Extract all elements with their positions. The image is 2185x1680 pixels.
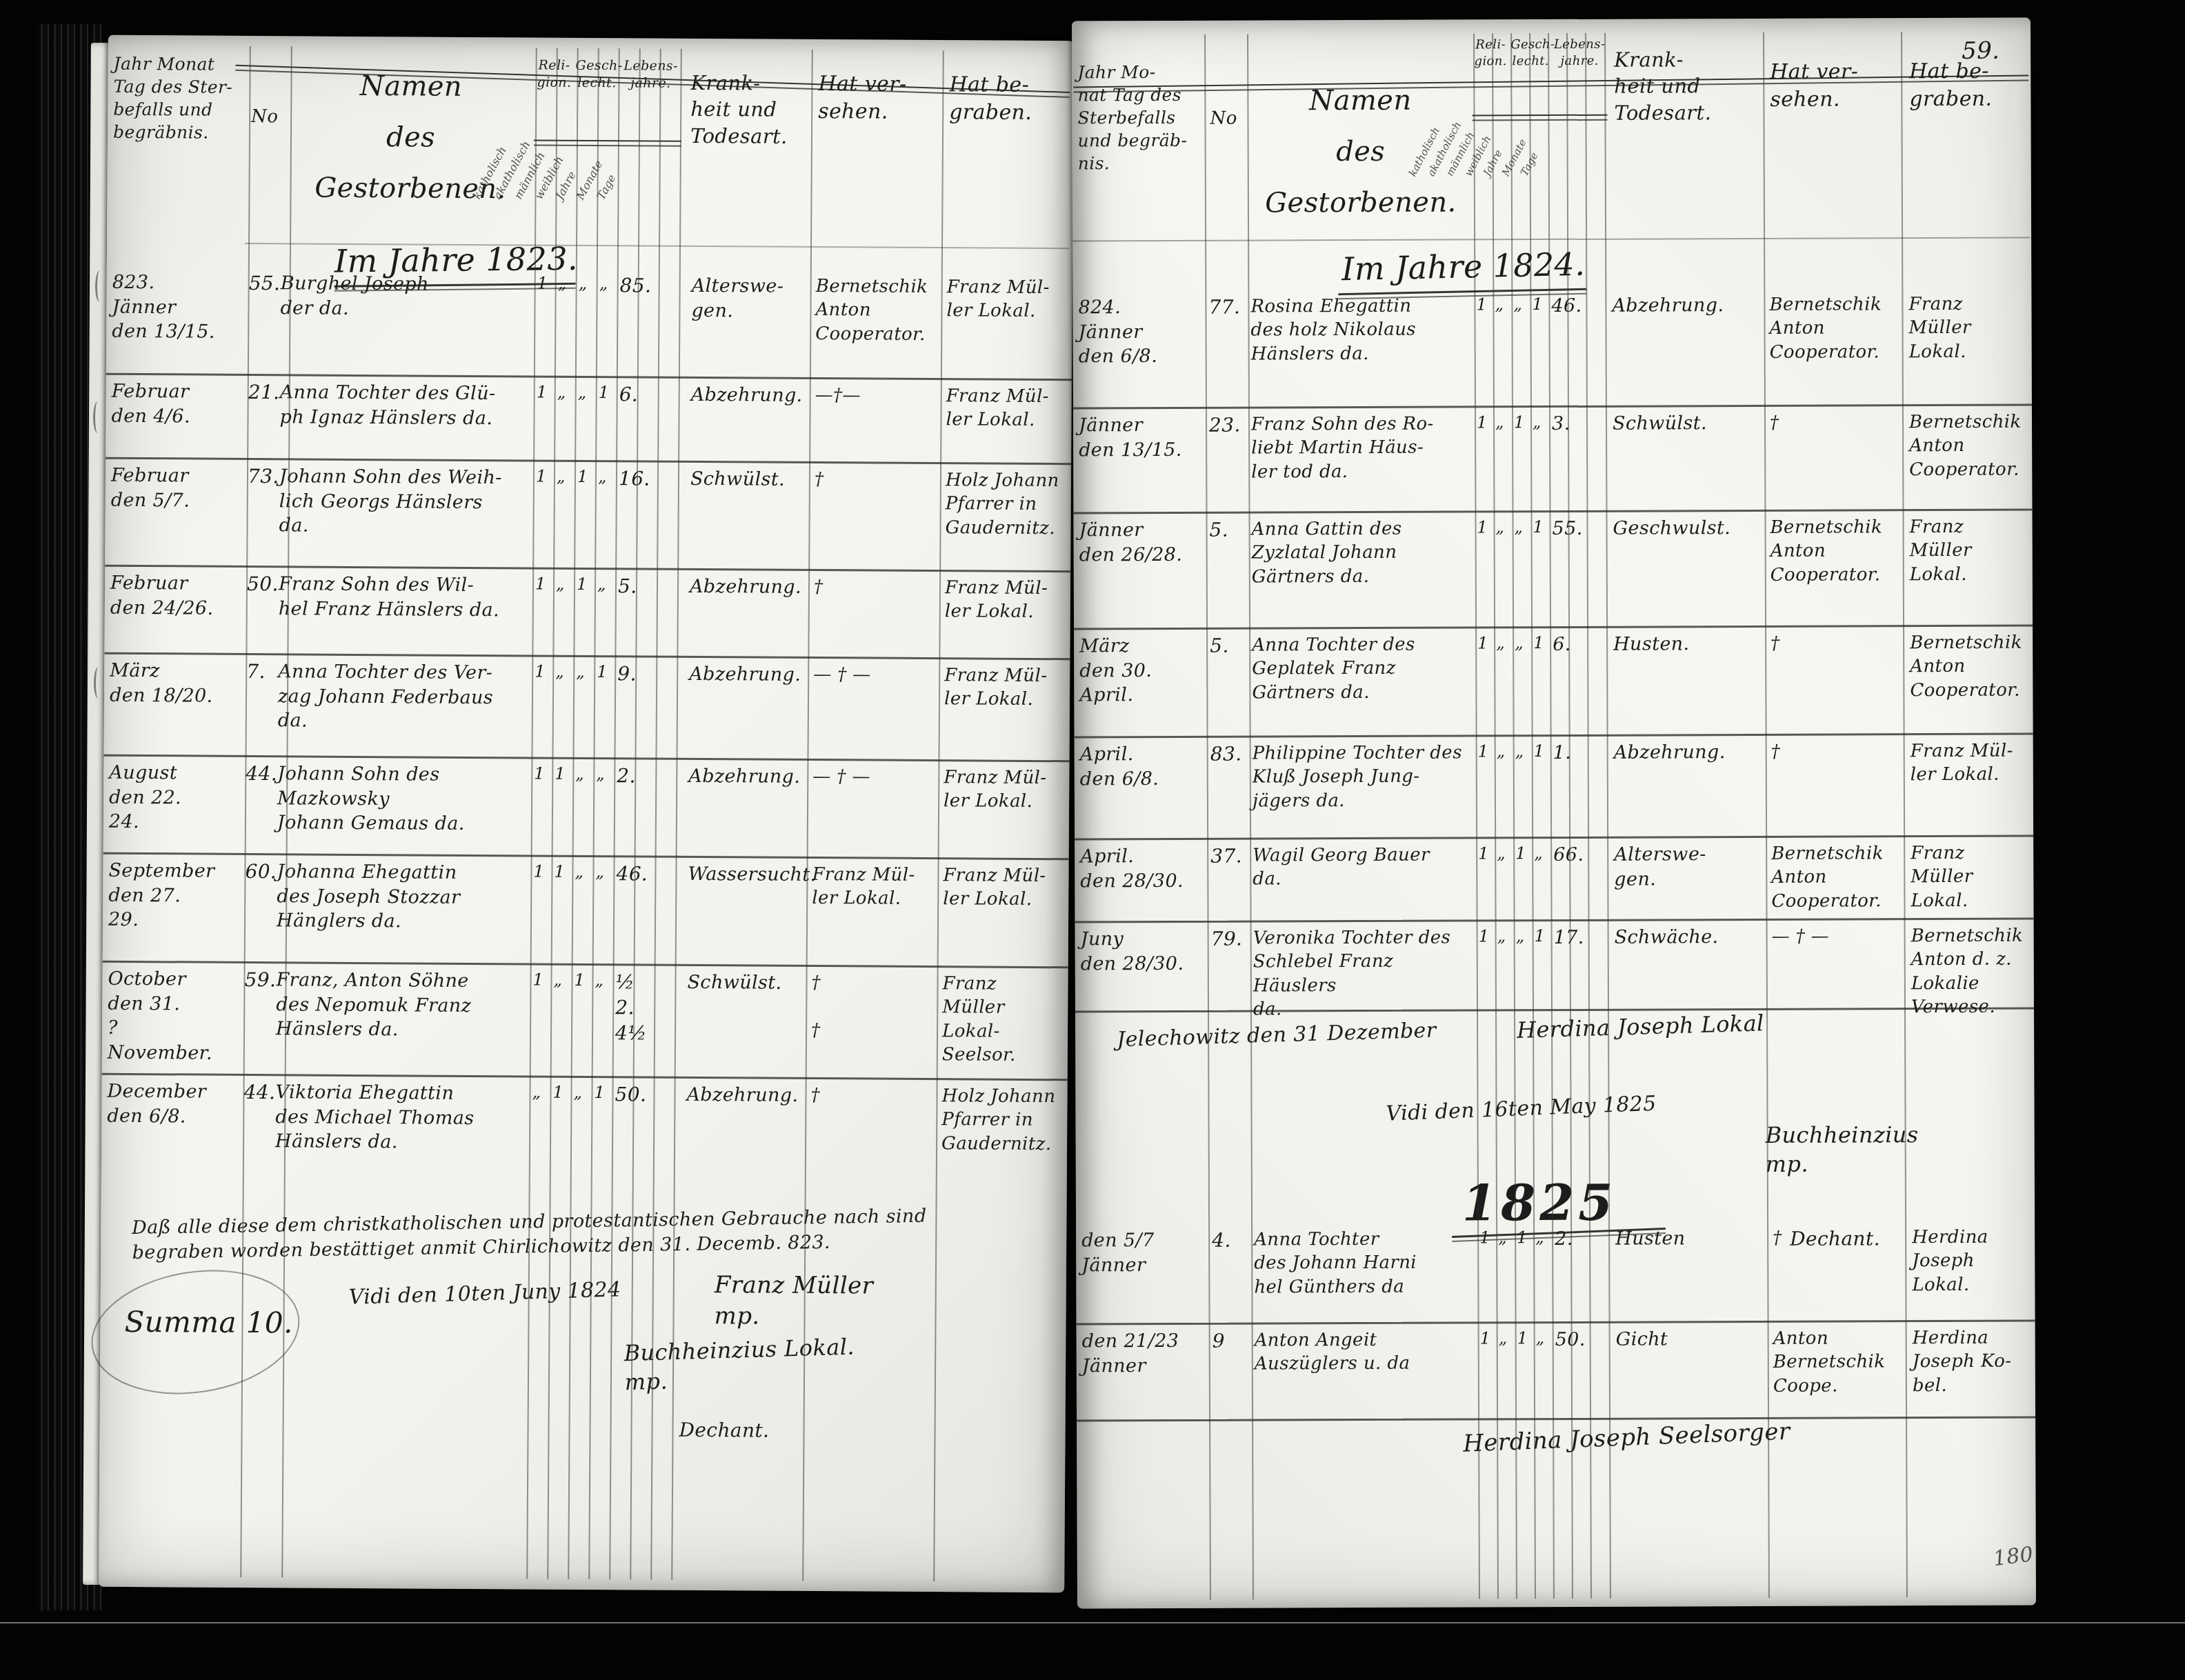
row-number: 5. (1210, 518, 1247, 543)
row-religion-mark: 1 (537, 273, 548, 295)
column-header-age: Lebens- jahre. (619, 57, 681, 92)
row-cause-of-death: Abzehrung. (690, 574, 814, 600)
row-cause-of-death: Abzehrung. (688, 764, 812, 790)
row-cause-of-death: Geschwulst. (1613, 516, 1759, 541)
row-cause-of-death: Schwülst. (690, 467, 815, 492)
column-header-date: Jahr Mo- nat Tag des Sterbefalls und beg… (1077, 61, 1206, 175)
row-age: 6. (619, 382, 677, 408)
row-ditto-mark: „ (579, 273, 588, 295)
row-ditto-mark: 1 (574, 970, 585, 992)
row-religion-mark: 1 (534, 763, 545, 786)
row-name: Franz Sohn des Ro- liebt Martin Häus- le… (1251, 412, 1470, 483)
row-buried-by: Franz Müller Lokal. (1909, 515, 2028, 587)
register-row: Februar den 4/6.21.Anna Tochter des Glü-… (106, 373, 1072, 466)
row-age: 5. (618, 574, 676, 599)
row-date: Juny den 28/30. (1081, 927, 1204, 977)
burial-attestation-note: Jelechowitz den 31 Dezember (1117, 1017, 1437, 1054)
vidi-note: Vidi den 10ten Juny 1824 (348, 1276, 621, 1311)
row-buried-by: Franz Mül- ler Lokal. (945, 576, 1066, 624)
row-religion-mark: 1 (533, 861, 544, 883)
row-name: Anton Angeit Auszüglers u. da (1255, 1328, 1474, 1376)
row-age: 55. (1552, 517, 1604, 541)
row-number: 83. (1210, 742, 1248, 768)
row-age: 1. (1553, 741, 1606, 766)
page-edge-marks (95, 270, 104, 302)
register-row: März den 30. April.5.Anna Tochter des Ge… (1074, 625, 2033, 739)
row-date: 823. Jänner den 13/15. (112, 270, 243, 345)
row-buried-by: Herdina Joseph Lokal. (1912, 1226, 2031, 1297)
row-ditto-mark: 1 (1514, 412, 1525, 434)
row-age: 2. (1555, 1227, 1607, 1252)
row-date: April. den 28/30. (1080, 844, 1203, 894)
row-religion-mark: 1 (1476, 294, 1487, 316)
row-age: 6. (1553, 632, 1605, 657)
column-header-number: No (1210, 107, 1237, 130)
row-buried-by: Holz Johann Pfarrer in Gaudernitz. (941, 1084, 1063, 1156)
row-last-rites: Anton Bernetschik Coope. (1773, 1326, 1901, 1398)
row-religion-mark: 1 (1478, 843, 1489, 865)
row-ditto-mark: „ (1497, 843, 1506, 865)
row-ditto-mark: 1 (555, 763, 566, 786)
row-sex-mark: „ (595, 861, 604, 883)
row-buried-by: Franz Mül- ler Lokal. (944, 663, 1065, 712)
column-header-buried: Hat be- graben. (1909, 58, 2031, 113)
row-sex-mark: 1 (1534, 741, 1545, 763)
row-name: Wagil Georg Bauer da. (1253, 843, 1472, 891)
column-header-last-rites: Hat ver- sehen. (1770, 58, 1894, 113)
row-ditto-mark: „ (556, 574, 565, 596)
row-date: Februar den 24/26. (110, 571, 241, 621)
row-last-rites: Franz Mül- ler Lokal. (812, 863, 932, 911)
register-row: April. den 28/30.37.Wagil Georg Bauer da… (1075, 835, 2033, 923)
row-last-rites: † † (811, 971, 932, 1043)
row-cause-of-death: Gicht (1616, 1327, 1762, 1352)
row-ditto-mark: „ (575, 763, 584, 786)
register-rows-1825: den 5/7 Jänner4.Anna Tochter des Johann … (1072, 18, 2031, 21)
row-name: Johanna Ehegattin des Joseph Stozzar Hän… (277, 859, 536, 934)
left-page: Jahr Monat Tag des Ster- befalls und beg… (99, 35, 1074, 1593)
row-name: Rosina Ehegattin des holz Nikolaus Hänsl… (1250, 294, 1470, 366)
register-row: 824. Jänner den 6/8.77.Rosina Ehegattin … (1072, 288, 2032, 408)
register-row: Februar den 24/26.50.Franz Sohn des Wil-… (104, 565, 1070, 661)
row-religion-mark: 1 (1477, 412, 1488, 434)
register-rows-1823: 823. Jänner den 13/15.55.Burghel Joseph … (108, 35, 1074, 41)
row-cause-of-death: Wassersucht. (688, 862, 812, 888)
row-age: ½ 2. 4½ (615, 970, 674, 1046)
column-header-date: Jahr Monat Tag des Ster- befalls und beg… (113, 52, 248, 144)
register-row: October den 31. ? November.59.Franz, Ant… (102, 961, 1068, 1081)
row-date: September den 27. 29. (108, 859, 240, 933)
row-date: den 5/7 Jänner (1081, 1228, 1204, 1278)
row-cause-of-death: Abzehrung. (1614, 740, 1760, 765)
row-ditto-mark: „ (555, 661, 564, 683)
row-name: Anna Tochter des Geplatek Franz Gärtners… (1252, 632, 1471, 704)
row-age: 85. (620, 273, 678, 299)
signature-pastor: Franz Müller mp. (714, 1270, 873, 1332)
row-ditto-mark: „ (1495, 412, 1504, 434)
row-sex-mark: „ (598, 466, 607, 488)
row-religion-mark: 1 (536, 466, 547, 488)
row-sex-mark: „ (1536, 1328, 1545, 1350)
row-ditto-mark: „ (558, 273, 567, 295)
column-header-buried: Hat be- graben. (949, 71, 1070, 126)
row-age: 3. (1552, 412, 1604, 437)
row-sex-mark: „ (1535, 1227, 1544, 1249)
row-ditto-mark: „ (1514, 517, 1523, 539)
column-header-illness: Krank- heit und Todesart. (690, 70, 815, 150)
row-ditto-mark: „ (1515, 741, 1524, 763)
row-ditto-mark: „ (1495, 294, 1504, 316)
register-row: Juny den 28/30.79.Veronika Tochter des S… (1075, 918, 2034, 1013)
row-buried-by: Franz Mül- ler Lokal. (946, 275, 1067, 323)
row-date: Februar den 5/7. (111, 463, 242, 513)
row-religion-mark: „ (532, 1082, 541, 1104)
row-date: December den 6/8. (107, 1079, 238, 1129)
row-date: Jänner den 13/15. (1079, 413, 1201, 463)
register-row: 823. Jänner den 13/15.55.Burghel Joseph … (106, 266, 1072, 379)
row-sex-mark: 1 (594, 1082, 605, 1104)
row-cause-of-death: Alterswe- gen. (691, 274, 815, 323)
row-name: Johann Sohn des Weih- lich Georgs Hänsle… (279, 464, 538, 539)
register-row: April. den 6/8.83.Philippine Tochter des… (1075, 733, 2034, 841)
row-last-rites: † (1771, 739, 1899, 763)
row-cause-of-death: Abzehrung. (691, 383, 815, 408)
row-sex-mark: „ (595, 970, 603, 992)
row-last-rites: † (1770, 631, 1898, 655)
row-ditto-mark: „ (1496, 632, 1505, 654)
row-ditto-mark: „ (557, 382, 566, 404)
register-row: März den 18/20.7.Anna Tochter des Ver- z… (103, 652, 1070, 763)
row-buried-by: Herdina Joseph Ko- bel. (1913, 1326, 2031, 1398)
row-ditto-mark: „ (1515, 632, 1524, 654)
row-religion-mark: 1 (532, 970, 543, 992)
row-name: Anna Gattin des Zyzlatal Johann Gärtners… (1252, 517, 1471, 588)
row-number: 9 (1213, 1329, 1250, 1354)
row-date: den 21/23 Jänner (1082, 1329, 1205, 1379)
row-age: 46. (616, 861, 674, 887)
row-sex-mark: „ (596, 763, 605, 786)
row-ditto-mark: „ (575, 861, 583, 883)
row-last-rites: Bernetschik Anton Cooperator. (1769, 292, 1897, 364)
register-row: Jänner den 26/28.5.Anna Gattin des Zyzla… (1073, 509, 2033, 630)
row-buried-by: Bernetschik Anton Cooperator. (1909, 410, 2028, 482)
register-row: December den 6/8.44.Viktoria Ehegattin d… (101, 1073, 1068, 1209)
row-sex-mark: 1 (1535, 926, 1546, 948)
row-sex-mark: „ (599, 273, 608, 295)
row-ditto-mark: „ (557, 466, 566, 488)
attestation-signature: Herdina Joseph Lokal (1517, 1008, 1765, 1045)
row-buried-by: Franz Mül- ler Lokal. (943, 863, 1064, 912)
row-ditto-mark: „ (1497, 741, 1506, 763)
row-last-rites: † (810, 1083, 931, 1108)
row-last-rites: — † — (813, 663, 934, 687)
row-name: Anna Tochter des Johann Harni hel Günthe… (1254, 1227, 1473, 1299)
row-age: 46. (1551, 294, 1604, 319)
row-age: 16. (619, 466, 677, 492)
row-last-rites: — † — (812, 765, 933, 789)
row-sex-mark: „ (597, 574, 606, 596)
row-number: 4. (1212, 1228, 1249, 1254)
row-buried-by: Holz Johann Pfarrer in Gaudernitz. (945, 468, 1066, 540)
row-name: Franz Sohn des Wil- hel Franz Hänslers d… (279, 572, 537, 623)
row-date: 824. Jänner den 6/8. (1078, 295, 1201, 369)
row-last-rites: —†— (815, 383, 936, 408)
row-buried-by: Franz Mül- ler Lokal. (946, 384, 1066, 432)
row-age: 66. (1553, 843, 1606, 868)
row-cause-of-death: Alterswe- gen. (1614, 842, 1760, 892)
row-buried-by: Franz Mül- ler Lokal. (1910, 739, 2029, 787)
scan-artifact-line (0, 1622, 2185, 1623)
column-header-last-rites: Hat ver- sehen. (818, 70, 939, 126)
row-last-rites: † (814, 575, 935, 599)
row-religion-mark: 1 (1479, 1227, 1490, 1249)
row-cause-of-death: Abzehrung. (689, 662, 813, 688)
row-ditto-mark: „ (576, 661, 585, 683)
row-ditto-mark: 1 (577, 466, 588, 488)
row-buried-by: Franz Müller Lokal. (1910, 841, 2029, 913)
row-name: Johann Sohn des Mazkowsky Johann Gemaus … (277, 761, 537, 837)
row-last-rites: Bernetschik Anton Cooperator. (815, 274, 937, 346)
row-last-rites: † (1770, 410, 1897, 434)
header-bottom-rule (1072, 237, 2030, 242)
row-ditto-mark: „ (553, 970, 562, 992)
row-name: Viktoria Ehegattin des Michael Thomas Hä… (275, 1080, 535, 1155)
row-buried-by: Franz Müller Lokal- Seelsor. (942, 972, 1064, 1067)
row-buried-by: Bernetschik Anton Cooperator. (1910, 631, 2028, 703)
column-header-illness: Krank- heit und Todesart. (1614, 46, 1759, 126)
row-sex-mark: „ (1533, 412, 1542, 434)
row-last-rites: Bernetschik Anton Cooperator. (1770, 515, 1897, 587)
row-age: 2. (617, 763, 675, 789)
row-religion-mark: 1 (1477, 632, 1488, 654)
row-religion-mark: 1 (1477, 517, 1488, 539)
row-buried-by: Bernetschik Anton d. z. Lokalie Verwese. (1911, 924, 2030, 1019)
row-age: 50. (1555, 1328, 1608, 1352)
row-date: August den 22. 24. (109, 761, 241, 835)
column-header-religion: Reli- gion. (1470, 37, 1510, 70)
row-religion-mark: 1 (1479, 926, 1490, 948)
row-religion-mark: 1 (1478, 741, 1489, 763)
column-header-religion: Reli- gion. (532, 57, 575, 92)
row-age: 50. (615, 1082, 672, 1108)
row-last-rites: — † — (1772, 924, 1899, 948)
row-date: Jänner den 26/28. (1079, 518, 1202, 568)
row-name: Anna Tochter des Ver- zag Johann Federba… (278, 659, 537, 734)
row-religion-mark: 1 (535, 574, 546, 596)
register-row: Februar den 5/7.73.Johann Sohn des Weih-… (105, 457, 1071, 573)
row-name: Anna Tochter des Glü- ph Ignaz Hänslers … (279, 380, 538, 431)
page-edge-marks (93, 401, 102, 433)
row-date: März den 18/20. (110, 659, 241, 708)
row-ditto-mark: „ (578, 382, 587, 404)
column-header-number: No (251, 105, 278, 129)
row-sex-mark: 1 (599, 382, 610, 404)
row-ditto-mark: „ (1497, 926, 1506, 948)
row-ditto-mark: „ (1499, 1328, 1508, 1350)
row-ditto-mark: „ (1513, 294, 1522, 316)
row-age: 17. (1554, 926, 1606, 950)
row-cause-of-death: Abzehrung. (1612, 293, 1758, 318)
row-ditto-mark: 1 (1515, 843, 1526, 865)
row-religion-mark: 1 (535, 661, 546, 683)
row-cause-of-death: Schwülst. (687, 970, 811, 996)
row-cause-of-death: Schwäche. (1615, 925, 1761, 950)
row-name: Veronika Tochter des Schlebel Franz Häus… (1253, 926, 1473, 1021)
row-age: 9. (617, 661, 675, 687)
row-religion-mark: 1 (537, 382, 548, 404)
row-ditto-mark: 1 (554, 861, 565, 883)
row-sex-mark: „ (1534, 843, 1543, 865)
row-date: März den 30. April. (1079, 634, 1202, 708)
row-ditto-mark: 1 (552, 1082, 563, 1104)
row-number: 79. (1211, 927, 1248, 952)
signature-title: Dechant. (679, 1418, 769, 1444)
row-sex-mark: 1 (1532, 294, 1543, 316)
right-page: 59. Jahr Mo- nat Tag des Sterbefalls und… (1072, 18, 2036, 1609)
row-buried-by: Franz Mül- ler Lokal. (944, 766, 1064, 814)
row-ditto-mark: 1 (1517, 1328, 1528, 1350)
corner-folio-number: 180 (1992, 1541, 2035, 1573)
row-number: 23. (1209, 413, 1246, 439)
row-last-rites: † (815, 468, 935, 492)
page-edge-marks (94, 667, 103, 699)
row-sex-mark: 1 (1533, 632, 1544, 654)
row-last-rites: † (1773, 1226, 1900, 1250)
row-ditto-mark: „ (1498, 1227, 1507, 1249)
row-number: 5. (1210, 634, 1247, 659)
row-religion-mark: 1 (1480, 1328, 1491, 1350)
row-cause-of-death: Husten (1615, 1226, 1762, 1251)
row-cause-of-death: Schwülst. (1613, 411, 1759, 436)
signature-local: Buchheinzius Lokal. mp. (623, 1332, 856, 1397)
summa-total: Summa 10. (124, 1303, 293, 1342)
row-ditto-mark: „ (1516, 926, 1525, 948)
row-sex-mark: 1 (597, 661, 608, 683)
row-ditto-mark: „ (573, 1082, 582, 1104)
final-signature: Herdina Joseph Seelsorger (1462, 1417, 1790, 1460)
row-cause-of-death: Husten. (1613, 632, 1759, 657)
signature-local: Buchheinzius mp. (1766, 1120, 1919, 1179)
register-row: den 5/7 Jänner4.Anna Tochter des Johann … (1076, 1221, 2035, 1323)
register-row: August den 22. 24.44.Johann Sohn des Maz… (103, 754, 1070, 861)
row-cause-of-death: Abzehrung. (686, 1083, 810, 1108)
row-buried-by: Franz Müller Lokal. (1908, 292, 2027, 364)
row-number: 77. (1208, 295, 1246, 321)
register-row: September den 27. 29.60.Johanna Ehegatti… (103, 852, 1069, 969)
row-date: Februar den 4/6. (111, 379, 242, 429)
row-date: April. den 6/8. (1080, 742, 1203, 792)
vidi-note: Vidi den 16ten May 1825 (1386, 1090, 1657, 1128)
row-ditto-mark: 1 (1517, 1227, 1528, 1249)
row-ditto-mark: 1 (577, 574, 588, 596)
row-last-rites: Bernetschik Anton Cooperator. (1771, 841, 1899, 913)
column-header-age: Lebens- jahre. (1550, 37, 1608, 70)
register-rows-1824: 824. Jänner den 6/8.77.Rosina Ehegattin … (1072, 18, 2031, 21)
register-row: den 21/23 Jänner9Anton Angeit Auszüglers… (1077, 1320, 2035, 1422)
row-number: 37. (1210, 844, 1248, 870)
row-sex-mark: 1 (1533, 517, 1544, 539)
row-date: October den 31. ? November. (108, 967, 239, 1066)
row-name: Franz, Anton Söhne des Nepomuk Franz Hän… (276, 968, 535, 1043)
row-ditto-mark: „ (1495, 517, 1504, 539)
row-name: Philippine Tochter des Kluß Joseph Jung-… (1253, 741, 1472, 812)
row-name: Burghel Joseph der da. (280, 271, 539, 322)
register-row: Jänner den 13/15.23.Franz Sohn des Ro- l… (1073, 404, 2033, 514)
